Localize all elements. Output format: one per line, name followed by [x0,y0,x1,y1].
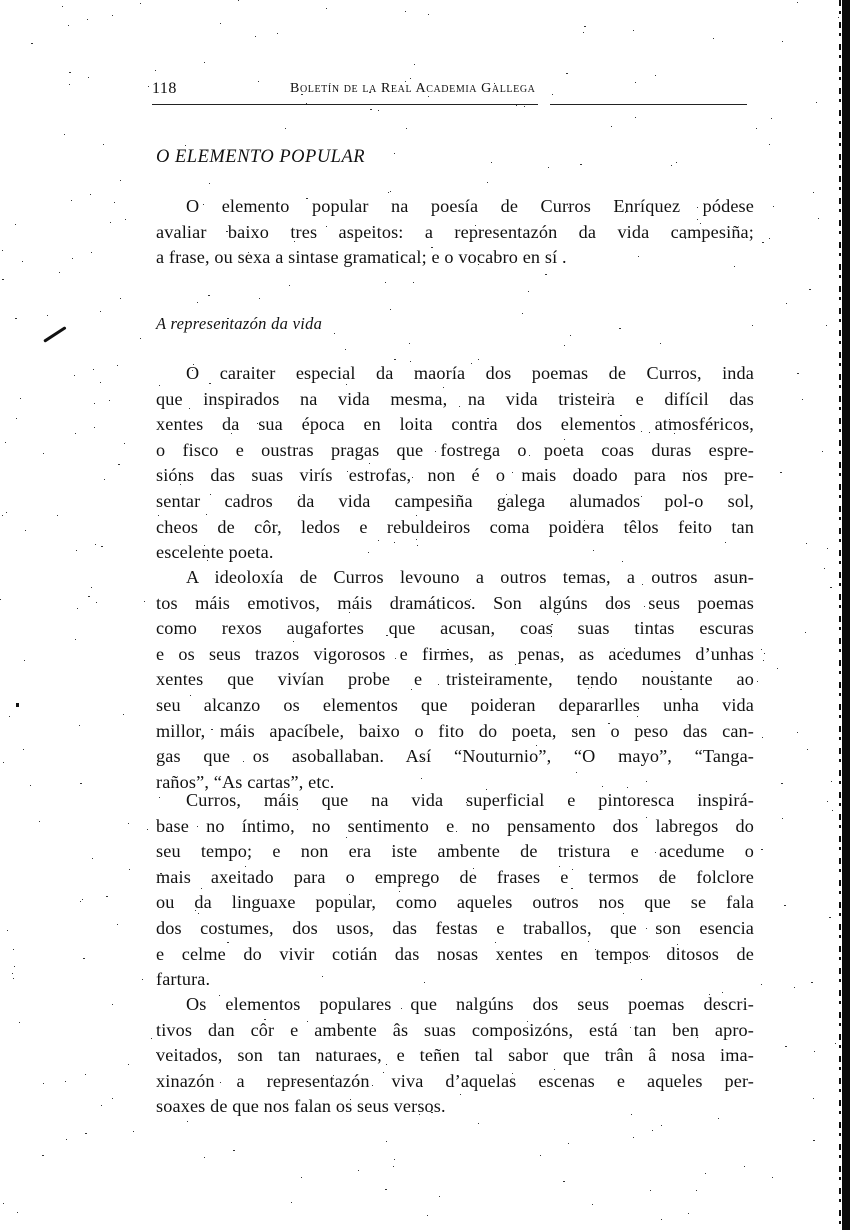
scan-speck [784,905,786,906]
scan-speck [294,241,295,242]
scan-speck [641,979,642,980]
scan-speck [641,496,642,497]
scan-speck [431,247,433,248]
scan-speck [652,1130,653,1131]
scan-speck [20,398,21,399]
scan-speck [69,72,71,73]
scan-speck [478,1123,479,1124]
scan-speck [120,298,121,299]
scan-speck [112,1098,113,1099]
scan-speck [6,512,7,513]
scan-speck [734,266,735,267]
scan-speck [529,455,530,456]
text-line: A ideoloxía de Curros levouno a outros t… [186,565,754,589]
scan-speck [830,587,832,588]
scan-speck [144,601,145,602]
scan-speck [255,36,256,37]
scan-speck [133,1131,134,1132]
scan-speck [608,723,610,724]
scan-speck [15,318,17,319]
scan-speck [24,660,25,661]
scan-speck [557,614,558,615]
binding-edge [842,0,850,1230]
scan-speck [390,309,391,310]
scan-speck [642,584,643,585]
scan-speck [780,472,782,473]
scan-speck [204,545,205,546]
page-number: 118 [152,80,177,98]
scan-speck [140,3,141,4]
scan-speck [43,1083,44,1084]
scan-speck [388,192,389,193]
scan-speck [838,17,839,18]
scan-speck [438,684,439,685]
scan-speck [14,966,15,967]
scan-speck [563,1181,565,1182]
scan-speck [385,282,386,283]
scan-speck [649,432,650,433]
scan-speck [536,745,537,746]
scan-speck [522,313,523,314]
scan-speck [96,602,97,603]
scan-speck [301,1177,302,1178]
scan-speck [764,653,765,654]
scan-speck [159,797,160,798]
scan-speck [491,162,492,163]
scan-speck [30,785,31,786]
scan-speck [79,725,80,726]
text-line: a frase, ou sexa a sintase gramatical; e… [156,245,567,269]
scan-speck [487,418,489,419]
scan-speck [112,1004,113,1005]
scan-speck [151,1038,152,1039]
scan-speck [807,749,808,750]
scan-speck [403,883,404,884]
scan-speck [435,451,436,452]
scan-speck [217,707,218,708]
scan-speck [2,515,3,516]
scan-speck [473,868,474,869]
scan-speck [71,200,72,201]
scan-speck [635,117,636,118]
text-line: seu tempo; e non era iste ambente de tri… [156,839,754,863]
text-line: seu alcanzo os elementos que poideran de… [156,693,754,717]
scan-speck [630,1027,631,1028]
scan-speck [65,1081,66,1082]
scan-speck [456,831,457,832]
scan-speck [595,949,596,950]
scan-speck [22,261,23,262]
text-line: Os elementos populares que nalgúns dos s… [186,992,754,1016]
scan-speck [405,11,406,12]
scan-speck [680,689,682,690]
scan-speck [203,204,204,205]
scan-speck [91,252,92,253]
scan-speck [713,38,714,39]
scan-speck [378,540,379,541]
scan-speck [190,695,191,696]
scan-speck [646,781,647,782]
scan-speck [576,772,577,773]
scan-speck [644,606,645,607]
scan-speck [39,821,40,822]
scan-speck [624,648,625,649]
scan-speck [314,628,315,629]
scan-speck [460,1094,461,1095]
scan-speck [725,542,726,543]
scan-speck [369,463,370,464]
scan-speck [293,641,294,642]
scan-speck [372,1085,373,1086]
scan-speck [661,1219,662,1220]
scan-speck [797,373,799,374]
scan-speck [583,32,584,33]
scan-speck [835,1043,836,1044]
text-line: Curros, máis que na vida superficial e p… [186,788,754,812]
scan-speck [227,942,229,943]
scan-speck [148,86,149,87]
scan-speck [334,333,335,334]
scan-speck [2,250,3,251]
scan-speck [524,106,525,107]
scan-speck [82,899,83,900]
scan-speck [411,689,412,690]
scan-speck [646,928,647,929]
scan-speck [709,994,710,995]
scan-speck [386,1064,387,1065]
scan-speck [618,605,620,606]
scan-speck [101,1105,102,1106]
scan-speck [773,206,774,207]
scan-speck [112,15,113,16]
scan-speck [394,153,395,154]
scan-speck [301,94,303,95]
scan-speck [299,496,300,497]
scan-speck [326,8,327,9]
scan-speck [333,1075,334,1076]
scan-speck [762,242,764,243]
scan-speck [306,103,307,104]
scan-speck [611,126,612,127]
scan-speck [85,1074,86,1075]
scan-speck [674,433,675,434]
scan-speck [638,256,639,257]
scan-speck [506,494,507,495]
scan-speck [201,888,202,889]
scan-speck [80,901,81,902]
scan-speck [93,369,94,370]
scan-speck [628,804,629,805]
scan-speck [576,731,577,732]
scan-speck [281,684,282,685]
scan-speck [729,804,730,805]
scan-speck [124,443,125,444]
scan-speck [385,1189,387,1190]
scan-speck [475,225,476,226]
scan-speck [428,14,429,15]
scan-speck [227,318,229,319]
scan-speck [109,400,110,401]
text-line: e celme do vivir cotián das nosas xentes… [156,942,754,966]
scan-speck [718,1118,719,1119]
scan-speck [545,274,547,275]
scan-speck [627,787,628,788]
scan-speck [370,109,372,110]
scan-speck [551,624,553,625]
scan-speck [204,62,205,63]
scan-speck [88,596,90,597]
scan-speck [3,1203,4,1204]
scan-speck [761,984,762,985]
scan-speck [91,587,92,588]
scan-speck [405,81,406,82]
scan-speck [260,757,261,758]
scan-speck [9,716,10,717]
scan-speck [813,1140,815,1141]
scan-speck [59,272,60,273]
scan-speck [219,995,220,996]
scan-speck [559,866,560,867]
scan-speck [744,1166,745,1167]
scan-speck [15,224,16,225]
scan-speck [756,128,757,129]
scan-speck [57,515,58,516]
scan-speck [76,550,77,551]
scan-speck [752,325,753,326]
scanned-page: 118 Boletín de la Real Academia Gallega … [0,0,850,1230]
scan-speck [62,6,63,7]
scan-speck [211,729,213,730]
scan-speck [128,1064,129,1065]
scan-speck [104,479,105,480]
scan-speck [566,73,568,74]
scan-speck [646,817,647,818]
scan-speck [206,514,207,515]
scan-speck [80,783,82,784]
scan-speck [487,182,488,183]
scan-speck [338,1012,339,1013]
scan-speck [5,442,6,443]
scan-speck [671,671,673,672]
scan-speck [117,924,118,925]
scan-speck [422,759,423,760]
scan-speck [630,962,631,963]
scan-speck [120,180,121,181]
scan-speck [410,78,411,79]
scan-speck [827,548,828,549]
scan-speck [762,737,763,738]
scan-speck [257,423,258,424]
text-line: cheos de côr, ledos e rebuldeiros coma p… [156,515,754,539]
scan-speck [204,1157,205,1158]
scan-speck [832,810,833,811]
scan-speck [258,81,259,82]
scan-speck [697,219,698,220]
scan-speck [114,202,115,203]
scan-speck [785,1046,787,1047]
scan-speck [413,282,414,283]
scan-speck [697,1037,698,1038]
text-line: tos máis emotivos, máis dramáticos. Son … [156,591,754,615]
scan-speck [294,1082,295,1083]
scan-speck [781,783,783,784]
scan-speck [118,464,120,465]
scan-speck [92,858,93,859]
scan-speck [187,1121,188,1122]
scan-speck [655,852,656,853]
scan-speck [349,612,350,613]
running-head: 118 Boletín de la Real Academia Gallega [152,80,747,102]
text-line: o fisco e oustras pragas que fostrega o … [156,438,754,462]
scan-speck [421,778,422,779]
scan-speck [101,546,103,547]
scan-speck [185,145,186,146]
scan-speck [332,1034,333,1035]
scan-speck [394,1159,395,1160]
scan-speck [805,632,806,633]
text-line: millor, máis apacíbele, baixo o fito do … [156,719,754,743]
scan-speck [409,343,410,344]
scan-speck [193,364,194,365]
scan-speck [655,75,656,76]
scan-speck [394,359,396,360]
scan-speck [554,1069,555,1070]
scan-speck [515,664,516,665]
scan-speck [416,515,417,516]
scan-speck [829,917,831,918]
scan-speck [669,419,670,420]
scan-speck [570,335,571,336]
scan-speck [245,866,246,867]
text-line: sentar cadros da vida campesiña galega a… [156,489,754,513]
scan-speck [383,1072,384,1073]
scan-speck [782,41,783,42]
scan-speck [663,870,664,871]
scan-speck [688,1213,689,1214]
scan-speck [129,869,130,870]
scan-speck [75,433,76,434]
scan-speck [69,84,70,85]
scan-speck [428,508,429,509]
scan-speck [677,944,678,945]
scan-speck [794,987,795,988]
text-line: sións das suas virís estrofas, non é o m… [156,463,754,487]
scan-speck [264,1019,266,1020]
scan-speck [516,105,517,106]
text-line: mais axeitado para o emprego de frases e… [156,865,754,889]
scan-speck [746,423,747,424]
scan-speck [346,384,347,385]
scan-speck [568,1143,569,1144]
text-line: e os seus trazos vigorosos e firmes, as … [156,642,754,666]
scan-speck [619,328,621,329]
scan-speck [326,226,327,227]
scan-speck [66,1139,67,1140]
scan-speck [416,539,417,540]
scan-speck [806,543,807,544]
scan-speck [470,599,471,600]
scan-speck [777,668,778,669]
scan-speck [210,494,211,495]
scan-speck [394,542,395,543]
scan-speck [43,453,44,454]
scan-speck [285,128,286,129]
scan-speck [401,1008,402,1009]
scan-speck [623,913,624,914]
scan-speck [635,82,636,83]
margin-speck [16,703,19,707]
text-line: xentes que vivían probe e tristeiramente… [156,667,754,691]
scan-speck [620,415,622,416]
scan-speck [568,207,569,208]
scan-speck [13,949,14,950]
scan-speck [406,128,407,129]
scan-speck [0,599,1,600]
scan-speck [769,144,770,145]
scan-speck [243,761,244,762]
scan-speck [512,1073,513,1074]
scan-speck [633,30,634,31]
scan-speck [685,238,686,239]
scan-speck [512,472,513,473]
scan-speck [369,92,371,93]
scan-speck [87,19,88,20]
scan-speck [291,1202,292,1203]
scan-speck [19,1022,20,1023]
scan-speck [159,385,160,386]
scan-speck [197,826,198,827]
scan-speck [809,289,811,290]
scan-speck [12,973,13,974]
scan-speck [412,477,413,478]
scan-speck [786,303,787,304]
scan-speck [346,837,347,838]
scan-speck [345,349,346,350]
scan-speck [824,568,825,569]
scan-speck [395,658,396,659]
scan-speck [187,479,188,480]
scan-speck [649,956,650,957]
journal-title: Boletín de la Real Academia Gallega [290,81,535,97]
scan-speck [427,1215,428,1216]
scan-speck [216,849,217,850]
text-line: soaxes de que nos falan os seus versos. [156,1094,446,1118]
scan-speck [307,1021,308,1022]
scan-speck [782,818,783,819]
scan-speck [797,732,798,733]
scan-speck [42,1155,44,1156]
scan-speck [584,26,586,27]
scan-speck [662,877,664,878]
scan-speck [459,406,460,407]
scan-speck [206,150,207,151]
scan-speck [466,802,467,803]
scan-speck [156,1052,157,1053]
scan-speck [622,561,623,562]
scan-speck [769,238,770,239]
scan-speck [238,0,239,1]
scan-speck [100,382,101,383]
scan-speck [697,207,698,208]
scan-speck [350,1099,351,1100]
scan-speck [419,1114,420,1115]
scan-speck [64,134,65,135]
text-line: gas que os asoballaban. Así “Nouturnio”,… [156,744,754,768]
scan-speck [761,649,762,650]
scan-speck [209,183,210,184]
scan-speck [822,451,823,452]
header-rule [152,104,538,105]
